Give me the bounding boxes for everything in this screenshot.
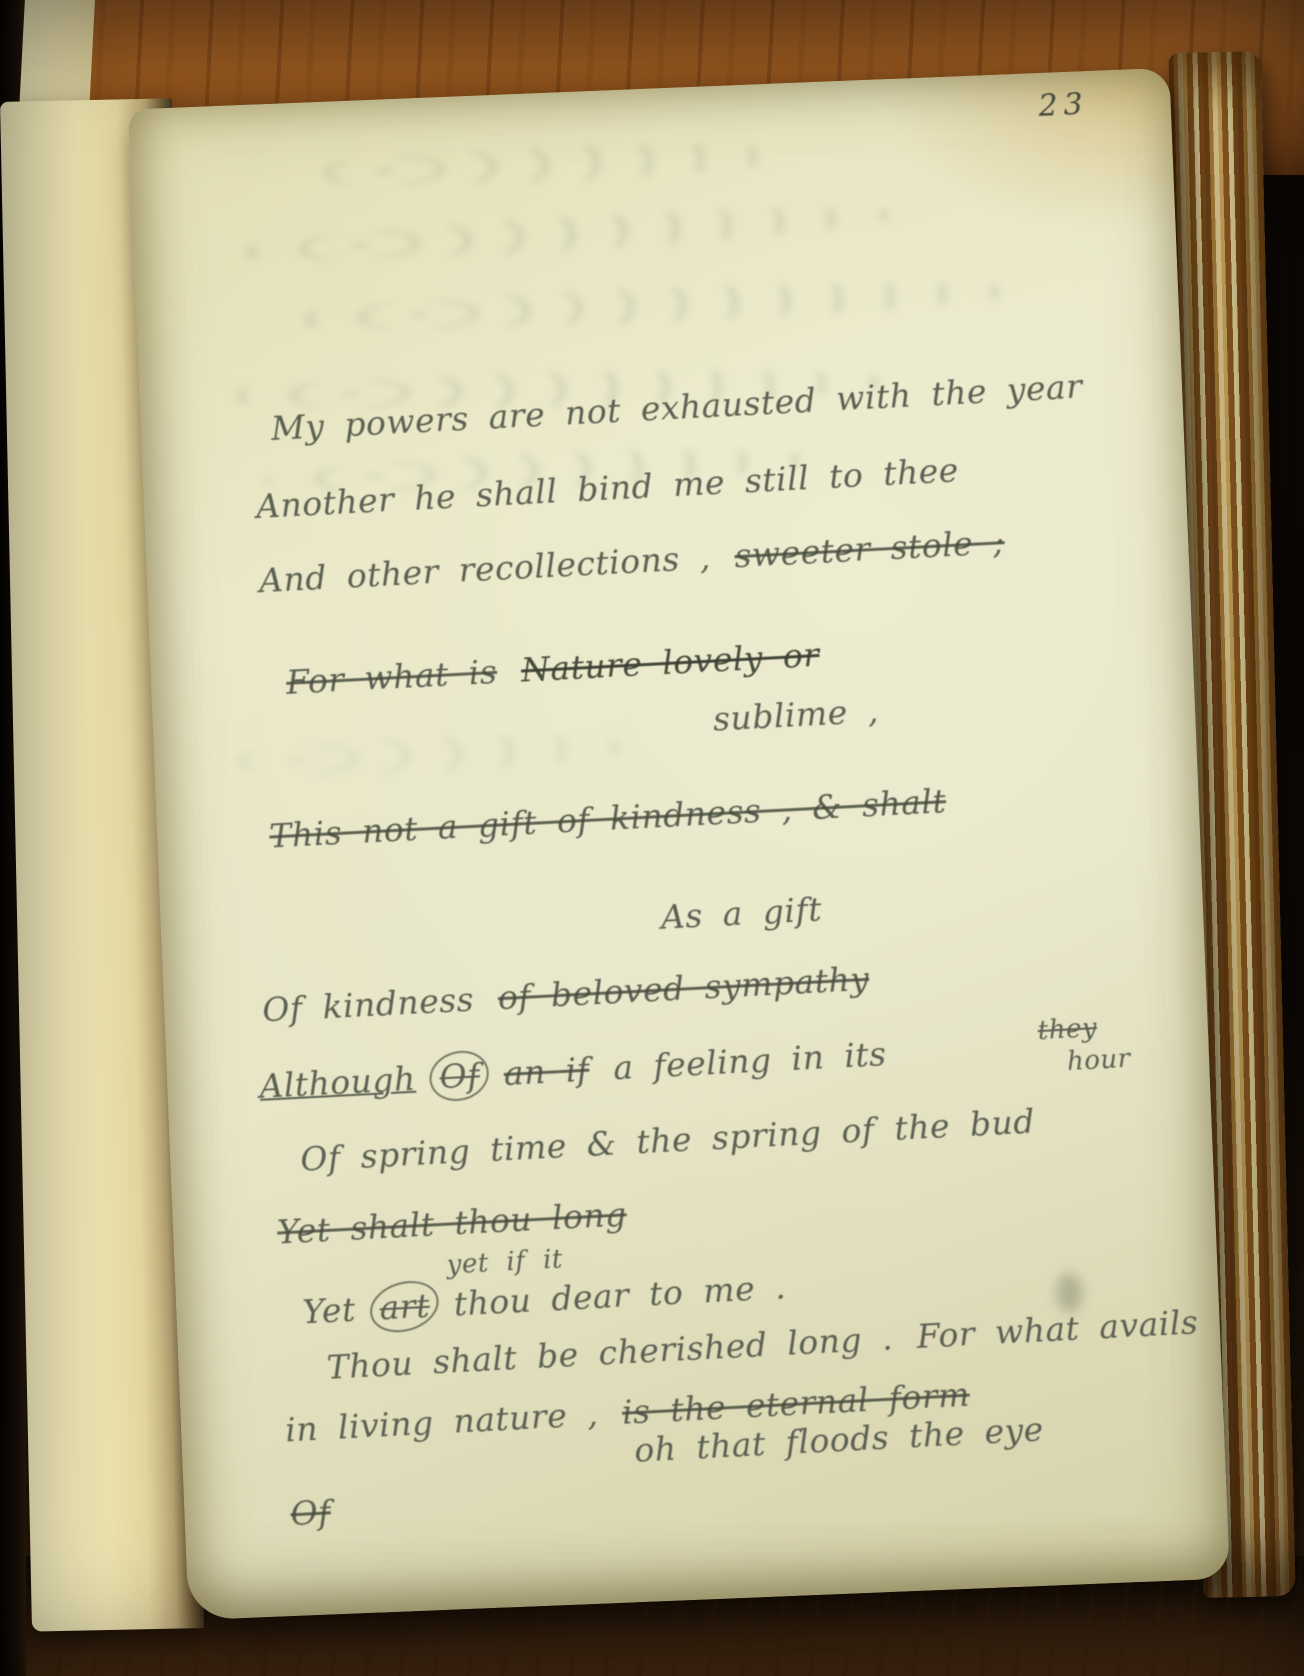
manuscript-text: Of (290, 1492, 332, 1533)
manuscript-line: And other recollections ,sweeter stole ; (258, 522, 1006, 600)
manuscript-line: As a gift (660, 889, 823, 936)
manuscript-text: Another he shall bind me still to thee (255, 450, 959, 526)
manuscript-line: For what isNature lovely or (285, 635, 820, 702)
manuscript-text: a feeling in its (612, 1034, 887, 1087)
notebook-page: 23 My powers are not exhausted with the … (128, 68, 1230, 1621)
manuscript-text: Of (439, 1055, 481, 1096)
manuscript-text: yet if it (446, 1244, 564, 1280)
manuscript-text: My powers are not exhausted with the yea… (270, 367, 1083, 448)
manuscript-text: As a gift (660, 889, 823, 936)
manuscript-line: Of spring time & the spring of the bud (299, 1101, 1035, 1178)
manuscript-line: My powers are not exhausted with the yea… (270, 367, 1083, 448)
manuscript-text: sublime , (712, 691, 880, 739)
manuscript-line: Of (290, 1492, 332, 1533)
manuscript-line: Yet shalt thou long (276, 1194, 627, 1251)
manuscript-text: hour (1066, 1044, 1131, 1077)
manuscript-photo: 23 My powers are not exhausted with the … (0, 0, 1304, 1676)
manuscript-text: This not a gift of kindness , & shalt (268, 781, 947, 855)
manuscript-text: Although (258, 1059, 416, 1106)
manuscript-line: Of kindnessof beloved sympathy (261, 959, 870, 1030)
manuscript-text: in living nature , (284, 1394, 599, 1449)
manuscript-text: For what avails (916, 1302, 1199, 1356)
manuscript-text: Nature lovely or (520, 635, 820, 690)
manuscript-line: Yetartthou dear to me . (301, 1267, 786, 1331)
manuscript-text: of beloved sympathy (497, 959, 870, 1017)
manuscript-text: Of spring time & the spring of the bud (299, 1101, 1035, 1178)
manuscript-line: This not a gift of kindness , & shalt (268, 781, 947, 855)
manuscript-line: yet if it (446, 1244, 564, 1280)
manuscript-line: Another he shall bind me still to thee (255, 450, 959, 526)
manuscript-text: an if (503, 1050, 591, 1093)
manuscript-lines: My powers are not exhausted with the yea… (128, 68, 1230, 1621)
manuscript-text: Of kindness (261, 980, 475, 1030)
manuscript-text: they (1037, 1013, 1098, 1046)
manuscript-line: they (1037, 1013, 1098, 1046)
manuscript-text: Yet (301, 1290, 356, 1332)
manuscript-text: sweeter stole ; (733, 522, 1005, 575)
manuscript-text: For what is (285, 652, 498, 702)
manuscript-line: hour (1066, 1044, 1131, 1077)
manuscript-text: Yet shalt thou long (276, 1194, 627, 1251)
manuscript-line: AlthoughOfan ifa feeling in its (258, 1034, 887, 1106)
manuscript-line: sublime , (712, 691, 880, 739)
manuscript-text: art (379, 1286, 431, 1328)
manuscript-text: And other recollections , (258, 538, 711, 601)
